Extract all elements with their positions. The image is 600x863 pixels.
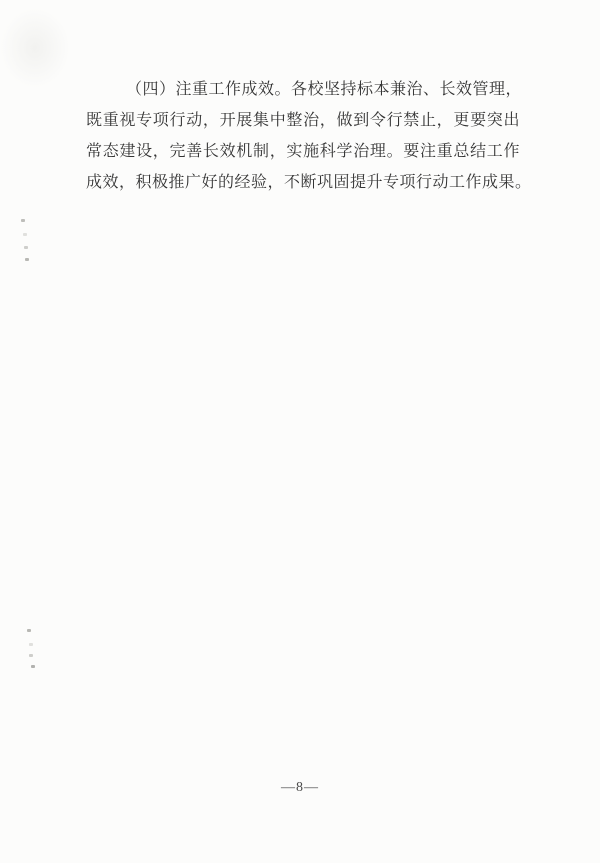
scan-speck [29,643,33,646]
scan-speck [25,258,29,261]
scan-speck [27,629,31,632]
text-line: 常态建设，完善长效机制，实施科学治理。要注重总结工作 [86,136,520,167]
scan-speck [29,654,33,657]
document-page: （四）注重工作成效。各校坚持标本兼治、长效管理， 既重视专项行动，开展集中整治，… [0,0,600,863]
text-line: 既重视专项行动，开展集中整治，做到令行禁止，更要突出 [86,105,520,136]
scan-haze [0,8,70,88]
scan-speck [24,246,28,249]
text-line: 成效，积极推广好的经验，不断巩固提升专项行动工作成果。 [86,167,520,198]
scan-speck [23,233,27,236]
page-number: —8— [0,780,600,796]
scan-speck [31,665,35,668]
text-line: （四）注重工作成效。各校坚持标本兼治、长效管理， [86,74,520,105]
scan-speck [21,219,25,222]
body-paragraph: （四）注重工作成效。各校坚持标本兼治、长效管理， 既重视专项行动，开展集中整治，… [86,74,520,198]
